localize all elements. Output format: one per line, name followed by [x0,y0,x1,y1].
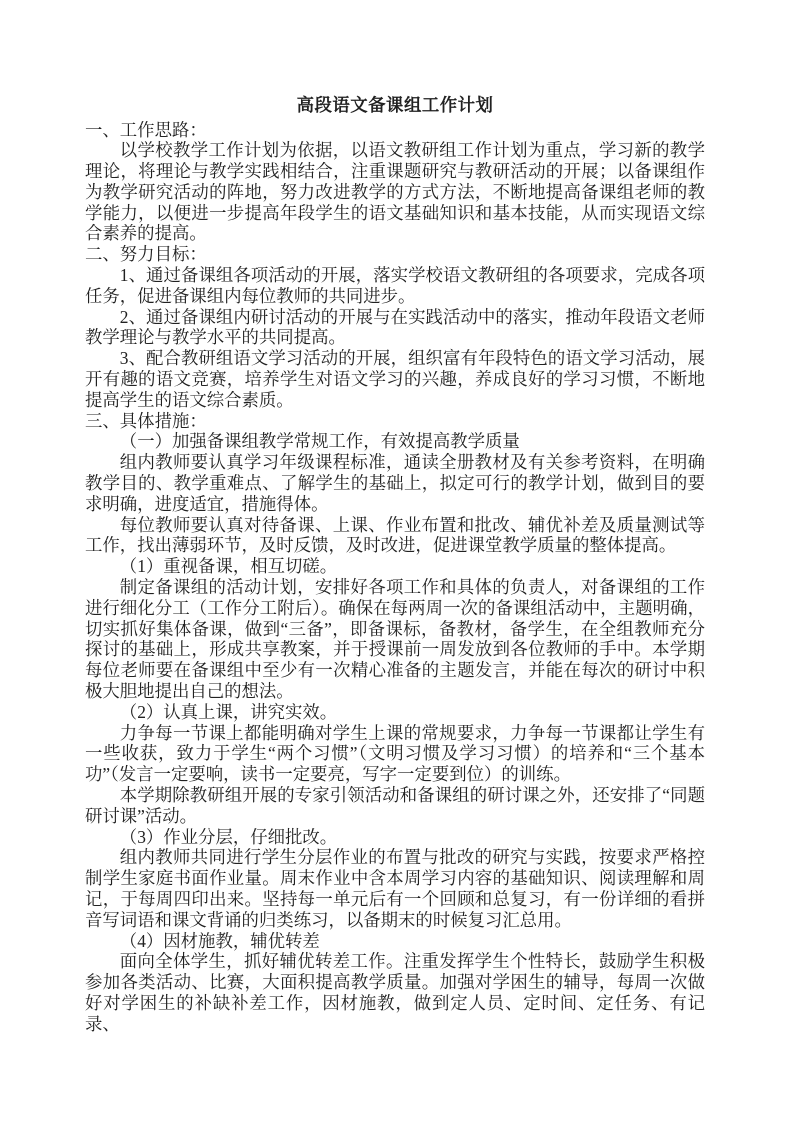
section-heading: 一、工作思路： [85,120,705,141]
paragraph: 组内教师要认真学习年级课程标准，通读全册教材及有关参考资料，在明确教学目的、教学… [85,452,705,514]
document-page: 高段语文备课组工作计划 一、工作思路：以学校教学工作计划为依据，以语文教研组工作… [0,0,793,1122]
paragraph: （2）认真上课，讲究实效。 [85,702,705,723]
paragraph: （3）作业分层，仔细批改。 [85,827,705,848]
paragraph: 2、通过备课组内研讨活动的开展与在实践活动中的落实，推动年段语文老师教学理论与教… [85,307,705,349]
paragraph: 1、通过备课组各项活动的开展，落实学校语文教研组的各项要求，完成各项任务，促进备… [85,265,705,307]
paragraph: 力争每一节课上都能明确对学生上课的常规要求，力争每一节课都让学生有一些收获，致力… [85,723,705,785]
document-title: 高段语文备课组工作计划 [85,94,705,116]
paragraph: 面向全体学生，抓好辅优转差工作。注重发挥学生个性特长，鼓励学生积极参加各类活动、… [85,951,705,1034]
paragraph: 每位教师要认真对待备课、上课、作业布置和批改、辅优补差及质量测试等工作，找出薄弱… [85,515,705,557]
paragraph: （1）重视备课，相互切磋。 [85,556,705,577]
document-body: 一、工作思路：以学校教学工作计划为依据，以语文教研组工作计划为重点，学习新的教学… [85,120,705,1035]
paragraph: 组内教师共同进行学生分层作业的布置与批改的研究与实践，按要求严格控制学生家庭书面… [85,847,705,930]
paragraph: 3、配合教研组语文学习活动的开展，组织富有年段特色的语文学习活动，展开有趣的语文… [85,348,705,410]
paragraph: 以学校教学工作计划为依据，以语文教研组工作计划为重点，学习新的教学理论，将理论与… [85,140,705,244]
section-heading: 二、努力目标： [85,244,705,265]
section-heading: 三、具体措施： [85,411,705,432]
paragraph: （一）加强备课组教学常规工作，有效提高教学质量 [85,431,705,452]
paragraph: 制定备课组的活动计划，安排好各项工作和具体的负责人，对备课组的工作进行细化分工（… [85,577,705,702]
paragraph: （4）因材施教，辅优转差 [85,931,705,952]
paragraph: 本学期除教研组开展的专家引领活动和备课组的研讨课之外，还安排了“同题研讨课”活动… [85,785,705,827]
